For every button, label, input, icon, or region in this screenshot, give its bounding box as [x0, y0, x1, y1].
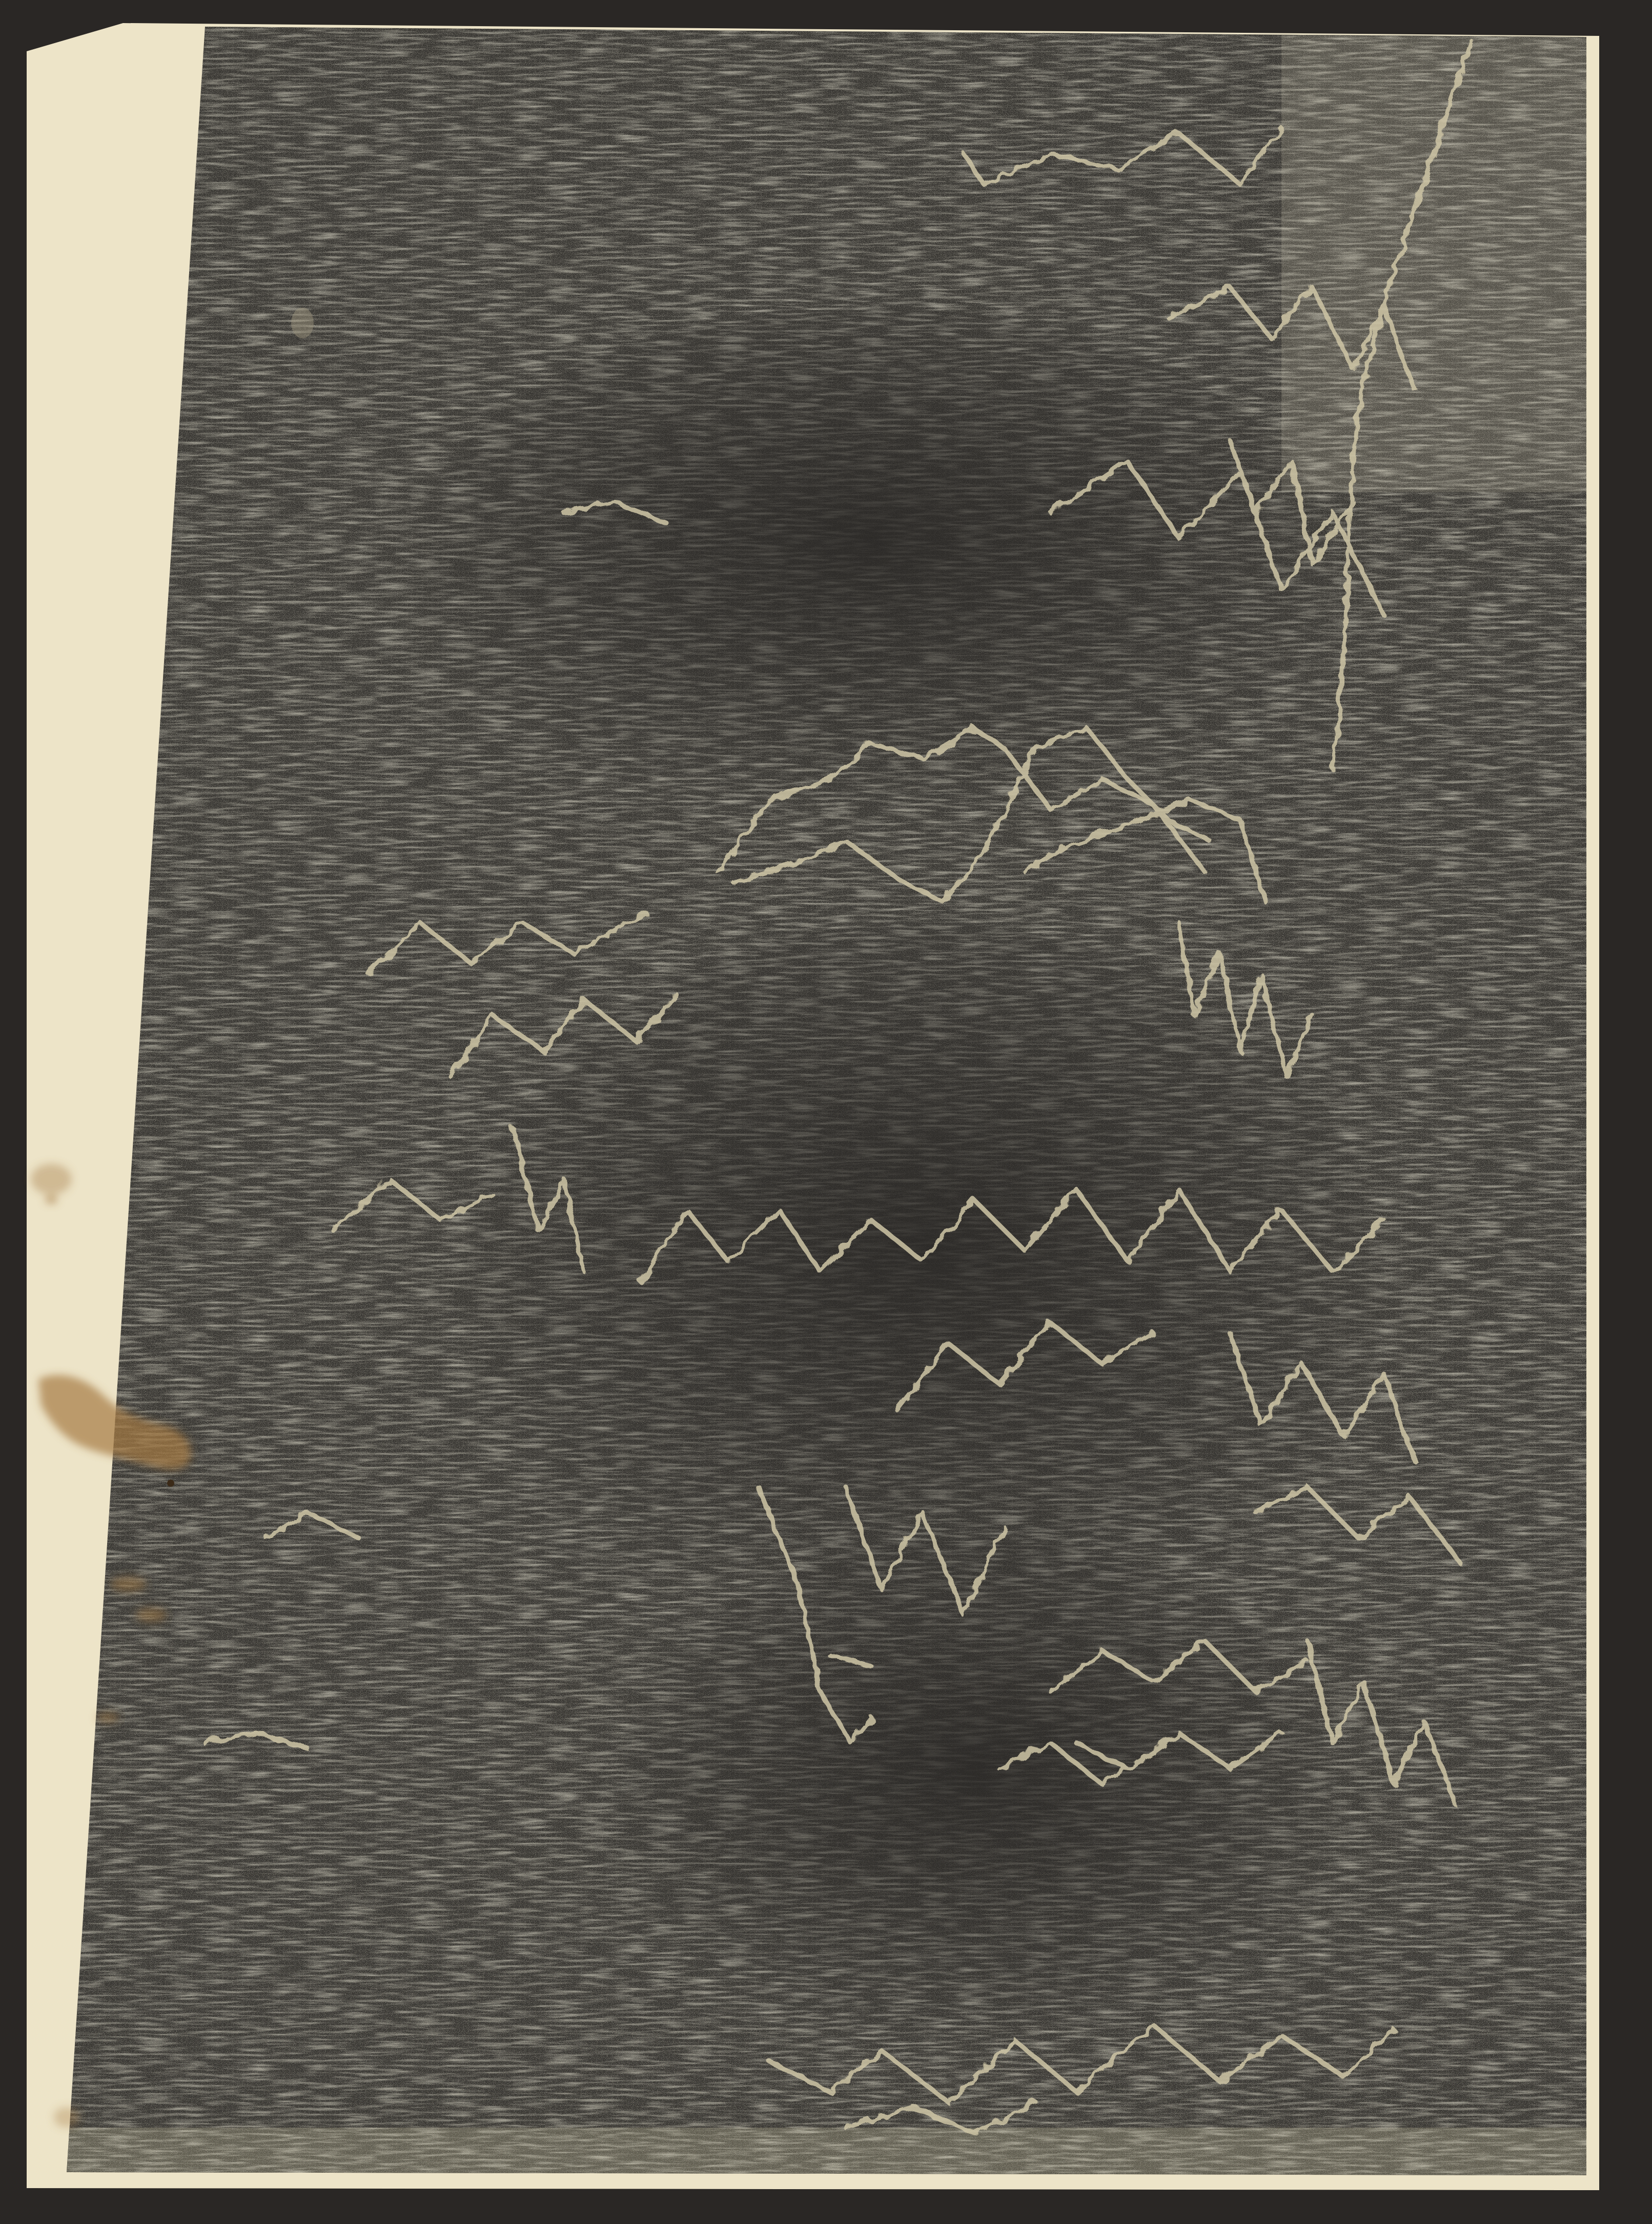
artwork-scan: Monotype / rubbing print with scratched … [0, 0, 1652, 2224]
smudge [291, 308, 314, 338]
ink-dot [167, 1480, 174, 1487]
artwork-svg [0, 0, 1652, 2224]
ink-field [51, 21, 1599, 2184]
